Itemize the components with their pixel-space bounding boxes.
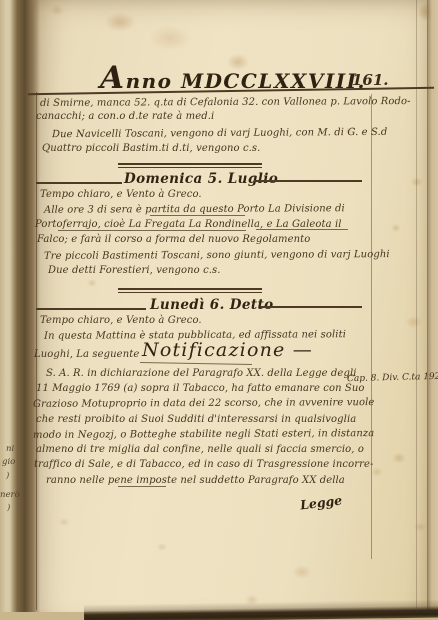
manuscript-line: Grazioso Motuproprio in data dei 22 scor… [33,397,374,410]
section-divider [118,292,262,294]
manuscript-line: di Smirne, manca 52. q.ta di Cefalonia 3… [40,96,411,109]
gutter-text-fragment: nerò [0,490,20,500]
manuscript-line: Alle ore 3 di sera è partita da questo P… [44,203,345,216]
page-title: Anno MDCCLXXVIII. [100,60,366,96]
underline-flourish [58,230,246,231]
manuscript-line: ranno nelle pene imposte nel suddetto Pa… [46,475,345,486]
underline-flourish [118,486,166,487]
heading-rule-left [36,308,146,310]
manuscript-line: traffico di Sale, e di Tabacco, ed in ca… [34,459,373,470]
manuscript-page-scan: Anno MDCCLXXVIII. 161. di Smirne, manca … [0,0,438,620]
manuscript-line: Falco; e farà il corso a forma del nuovo… [37,234,310,245]
underline-flourish [150,215,245,216]
section-heading-monday: Lunedì 6. Detto [150,297,274,313]
manuscript-line: Luoghi, La seguente [34,349,139,360]
section-divider [118,163,262,165]
book-fore-edge [427,0,438,620]
manuscript-line: Due Navicelli Toscani, vengono di varj L… [52,127,387,140]
manuscript-line: 11 Maggio 1769 (a) sopra il Tabacco, ha … [36,383,365,394]
underline-flourish [256,229,348,230]
section-heading-sunday: Domenica 5. Luglio [124,171,278,187]
heading-rule-left [36,182,122,184]
heading-rule-right [260,306,362,308]
heading-rule-right [254,180,362,182]
manuscript-line: Tempo chiaro, e Vento à Greco. [40,315,202,326]
manuscript-line: Tre piccoli Bastimenti Toscani, sono giu… [44,249,390,262]
gutter-text-fragment: ni [6,444,14,454]
folio-number: 161. [352,71,389,89]
manuscript-line: canacchi; a con.o d.te rate à med.i [36,111,214,122]
section-divider [118,288,262,290]
gutter-text-fragment: gio [2,457,15,467]
manuscript-line: Due detti Forestieri, vengono c.s. [48,265,221,276]
gutter-text-fragment: ) [6,471,9,481]
right-margin-rule [371,94,372,559]
manuscript-line: modo in Negozj, o Botteghe stabilite neg… [33,428,374,441]
manuscript-line: Tempo chiaro, e Vento à Greco. [40,189,202,200]
notification-title: Notificazione — [142,339,313,361]
section-divider [118,167,262,169]
page-edge-rule [416,0,417,612]
manuscript-line: che resti proibito ai Suoi Sudditi d'int… [36,414,356,425]
manuscript-line: Quattro piccoli Bastim.ti d.ti, vengono … [42,143,260,154]
gutter-text-fragment: ) [7,503,10,513]
manuscript-line: S. A. R. in dichiarazione del Paragrafo … [46,368,357,379]
manuscript-line: almeno di tre miglia dal confine, nelle … [36,444,364,455]
